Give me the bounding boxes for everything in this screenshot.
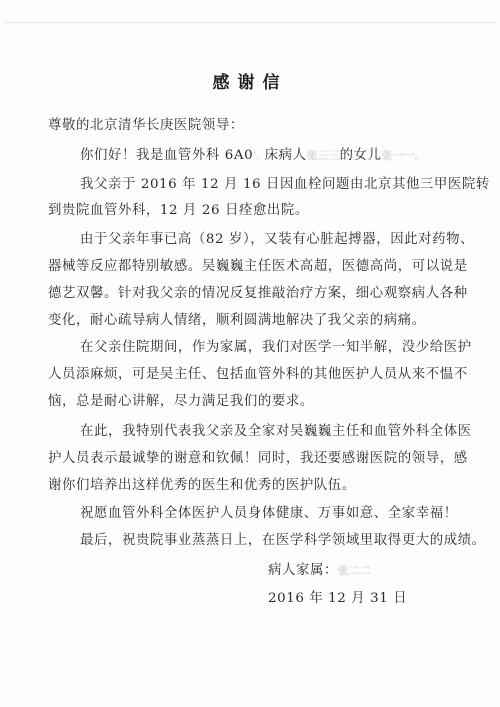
letter-line-5: 器械等反应都特别敏感。吴巍巍主任医术高超，医德高尚，可以说是 bbox=[48, 259, 468, 275]
scanned-letter-page: 感谢信 尊敬的北京清华长庚医院领导： 你们好！我是血管外科 6A0'. 床病人张… bbox=[0, 0, 500, 707]
signature-date: 2016 年 12 月 31 日 bbox=[268, 591, 407, 607]
letter-line-1: 你们好！我是血管外科 6A0'. 床病人张三三的女儿张一一。 bbox=[80, 148, 426, 164]
letter-line-8: 在父亲住院期间，作为家属，我们对医学一知半解，没少给医护 bbox=[80, 340, 472, 356]
letter-salutation: 尊敬的北京清华长庚医院领导： bbox=[48, 118, 244, 134]
signature-label: 病人家属： bbox=[268, 563, 338, 578]
letter-line-2: 我父亲于 2016 年 12 月 16 日因血栓问题由北京其他三甲医院转 bbox=[80, 177, 490, 193]
letter-line-12: 护人员表示最诚挚的谢意和钦佩！同时，我还要感谢医院的领导，感 bbox=[48, 451, 468, 467]
letter-line-10: 恼，总是耐心讲解，尽力满足我们的要求。 bbox=[48, 394, 314, 410]
redacted-bed-number: '. bbox=[253, 148, 260, 164]
letter-line-1-suffix: 的女儿 bbox=[340, 148, 382, 163]
letter-line-7: 变化，耐心疏导病人情绪，顺利圆满地解决了我父亲的病痛。 bbox=[48, 313, 426, 329]
letter-line-9: 人员添麻烦，可是吴主任、包括血管外科的其他医护人员从来不愠不 bbox=[48, 367, 468, 383]
letter-line-11: 在此，我特别代表我父亲及全家对吴巍巍主任和血管外科全体医 bbox=[80, 424, 472, 440]
redacted-patient-name: 张三三 bbox=[307, 148, 340, 164]
letter-line-3: 到贵院血管外科，12 月 26 日痊愈出院。 bbox=[48, 203, 309, 219]
redacted-daughter-name: 张一一。 bbox=[382, 148, 426, 164]
letter-line-4: 由于父亲年事已高（82 岁），又装有心脏起搏器，因此对药物、 bbox=[80, 232, 474, 248]
letter-title: 感谢信 bbox=[0, 68, 500, 93]
redacted-signer-name: 张二二 bbox=[338, 563, 371, 579]
letter-line-1-bed: 床病人 bbox=[265, 148, 307, 163]
scan-artifact-line bbox=[4, 22, 496, 23]
letter-line-14: 祝愿血管外科全体医护人员身体健康、万事如意、全家幸福！ bbox=[80, 506, 458, 522]
letter-line-1-text: 你们好！我是血管外科 6A0 bbox=[80, 148, 253, 163]
signature-block: 病人家属：张二二 bbox=[268, 563, 371, 579]
letter-line-15: 最后，祝贵院事业蒸蒸日上，在医学科学领域里取得更大的成绩。 bbox=[80, 533, 486, 549]
letter-line-6: 德艺双馨。针对我父亲的情况反复推敲治疗方案，细心观察病人各种 bbox=[48, 286, 468, 302]
letter-line-13: 谢你们培养出这样优秀的医生和优秀的医护队伍。 bbox=[48, 478, 356, 494]
